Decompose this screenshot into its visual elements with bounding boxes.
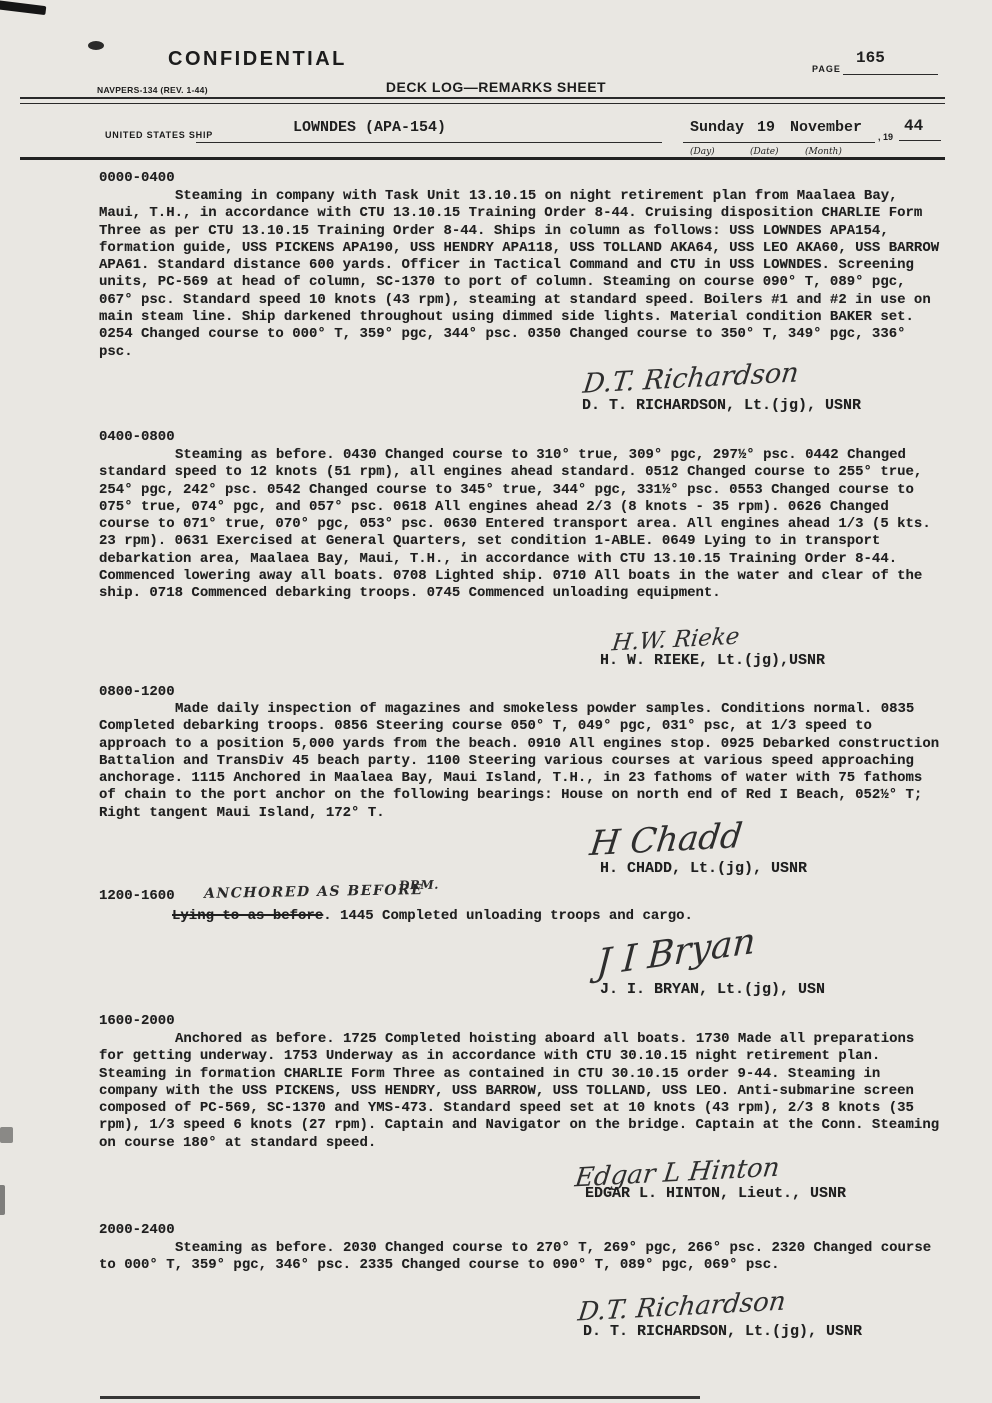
signature-script: D.T. Richardson [576,1286,787,1327]
log-entry-text: Steaming as before. 0430 Changed course … [99,447,944,603]
classification-stamp: CONFIDENTIAL [168,48,347,71]
header-divider [20,97,945,104]
scan-artifact [0,1127,13,1143]
signature-typed: D. T. RICHARDSON, Lt.(jg), USNR [582,397,861,414]
month-sublabel: (Month) [805,147,842,157]
date-sublabel: (Date) [750,147,779,157]
day-sublabel: (Day) [690,147,715,157]
year-prefix: , 19 [878,132,893,142]
handwritten-annotation: ANCHORED AS BEFORE [204,882,424,902]
log-entry-text: Anchored as before. 1725 Completed hoist… [99,1031,944,1152]
header-heavy-divider [20,157,945,160]
struck-text: Lying to as before [172,908,323,924]
ship-name-line [196,142,662,143]
signature-typed: D. T. RICHARDSON, Lt.(jg), USNR [583,1323,862,1340]
date-month-value: November [790,119,862,136]
scan-artifact [0,1185,5,1215]
log-entry-text: Steaming as before. 2030 Changed course … [99,1240,944,1275]
signature-script: H Chadd [588,816,745,864]
entry-time-range: 1600-2000 [99,1013,175,1029]
page-number: 165 [856,49,885,67]
signature-typed: EDGAR L. HINTON, Lieut., USNR [585,1185,846,1202]
year-value: 44 [904,117,923,135]
year-line [899,140,941,141]
log-entry-text: Made daily inspection of magazines and s… [99,701,944,822]
page-label: PAGE [812,64,841,74]
signature-script: D.T. Richardson [581,357,800,400]
scan-artifact [100,1396,700,1399]
date-num-value: 19 [757,119,775,136]
date-line [683,142,875,143]
deck-log-page: CONFIDENTIAL PAGE 165 NAVPERS-134 (REV. … [0,0,992,1403]
ship-name-value: LOWNDES (APA-154) [293,119,446,136]
scan-artifact [88,41,104,50]
date-day-value: Sunday [690,119,744,136]
entry-text-continuation: . 1445 Completed unloading troops and ca… [323,908,693,924]
entry-time-range: 0000-0400 [99,170,175,186]
signature-typed: H. W. RIEKE, Lt.(jg),USNR [600,652,825,669]
signature-script: J I Bryan [595,920,757,984]
form-title: DECK LOG—REMARKS SHEET [0,79,992,95]
ship-name-label: UNITED STATES SHIP [105,130,213,140]
page-number-line [843,74,938,75]
entry-time-range: 1200-1600 [99,888,175,904]
scan-artifact [0,0,46,15]
log-entry-text: Lying to as before. 1445 Completed unloa… [172,908,944,925]
entry-time-range: 0800-1200 [99,684,175,700]
entry-time-range: 2000-2400 [99,1222,175,1238]
signature-typed: H. CHADD, Lt.(jg), USNR [600,860,807,877]
entry-time-range: 0400-0800 [99,429,175,445]
signature-typed: J. I. BRYAN, Lt.(jg), USN [600,981,825,998]
log-entry-text: Steaming in company with Task Unit 13.10… [99,188,944,361]
handwritten-initials: DRM. [399,878,439,893]
